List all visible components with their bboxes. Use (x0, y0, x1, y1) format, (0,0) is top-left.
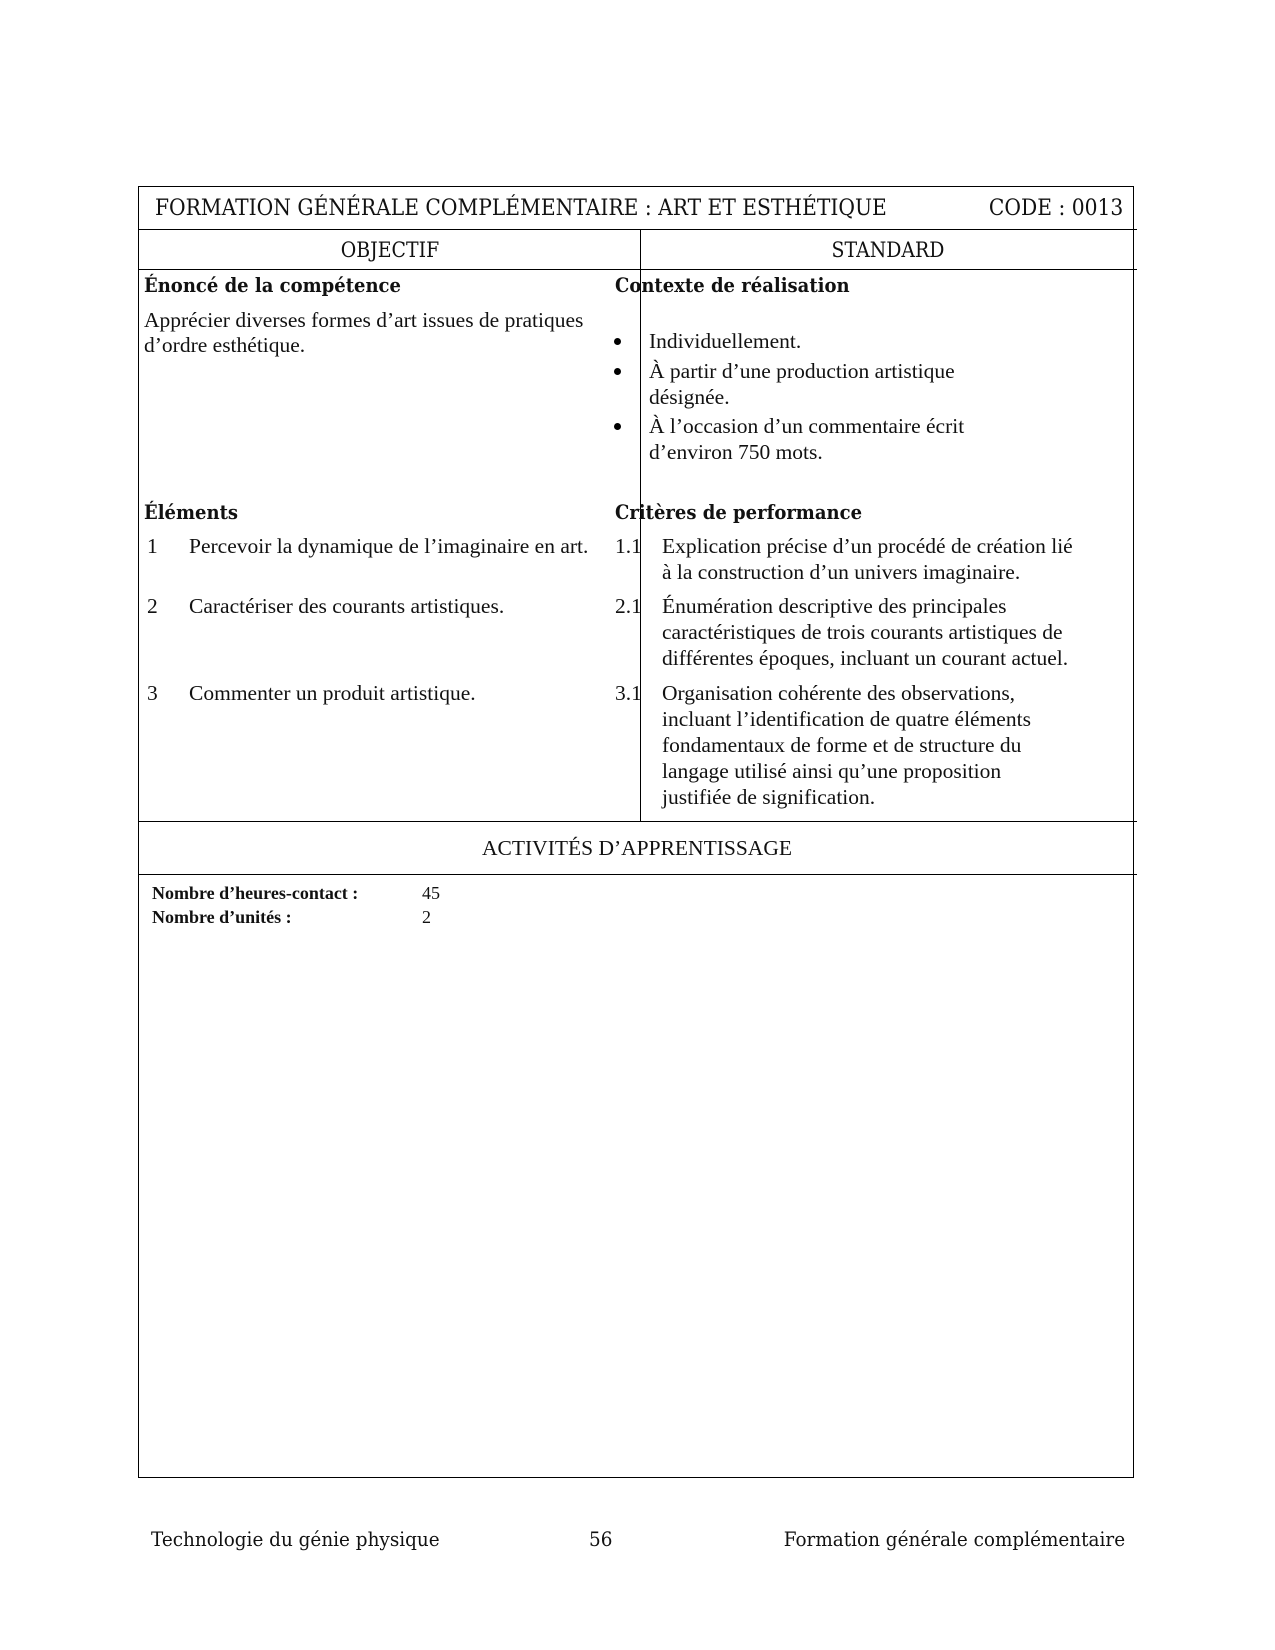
criteres-heading: Critères de performance (615, 500, 862, 524)
hours-label: Nombre d’heures-contact : (152, 883, 358, 904)
bullet-icon (614, 368, 621, 375)
page-number: 56 (589, 1527, 612, 1551)
elements-heading: Éléments (144, 500, 238, 524)
hours-value: 45 (422, 883, 440, 904)
document-title: FORMATION GÉNÉRALE COMPLÉMENTAIRE : ART … (155, 187, 887, 230)
footer-section: Formation générale complémentaire (784, 1527, 1125, 1551)
divider (139, 874, 1137, 875)
column-divider (640, 229, 641, 822)
competence-heading: Énoncé de la compétence (144, 273, 401, 297)
bullet-icon (614, 423, 621, 430)
units-label: Nombre d’unités : (152, 907, 292, 928)
units-value: 2 (422, 907, 431, 928)
competency-table: FORMATION GÉNÉRALE COMPLÉMENTAIRE : ART … (138, 186, 1134, 1478)
divider (139, 269, 1137, 270)
column-header-standard: STANDARD (666, 230, 1111, 270)
column-header-objectif: OBJECTIF (164, 230, 616, 270)
activites-heading: ACTIVITÉS D’APPRENTISSAGE (139, 822, 1135, 875)
course-code: CODE : 0013 (989, 187, 1123, 230)
bullet-icon (614, 338, 621, 345)
contexte-heading: Contexte de réalisation (615, 273, 850, 297)
footer-program: Technologie du génie physique (151, 1527, 440, 1551)
competence-text: Apprécier diverses formes d’art issues d… (144, 308, 624, 358)
